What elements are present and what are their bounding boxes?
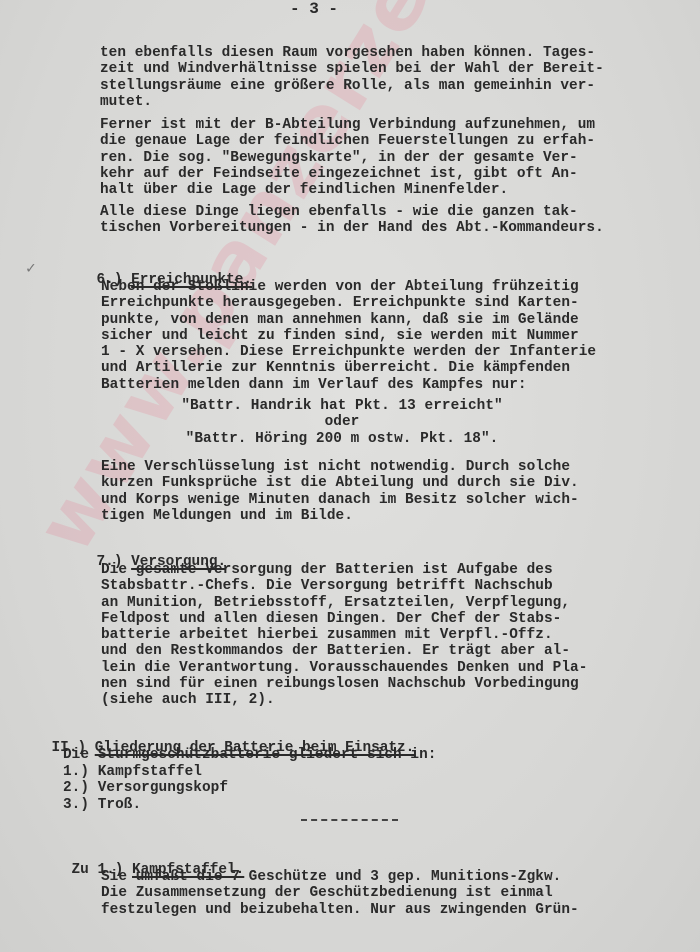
- intro-paragraph-2: Ferner ist mit der B-Abteilung Verbindun…: [100, 117, 595, 198]
- intro-paragraph-1: ten ebenfalls diesen Raum vorgesehen hab…: [100, 45, 604, 110]
- section-6-paragraph-2: Eine Verschlüsselung ist nicht notwendig…: [101, 459, 579, 524]
- checkmark-icon: ✓: [26, 258, 36, 278]
- document-page: www.panzerzeit.org - 3 - ten ebenfalls d…: [0, 0, 700, 952]
- section-II-intro: Die Sturmgeschützbatterie gliedert sich …: [63, 747, 437, 763]
- separator-line: [301, 819, 398, 821]
- section-7-paragraph: Die gesamte Versorgung der Batterien ist…: [101, 562, 587, 709]
- section-II-list: 1.) Kampfstaffel 2.) Versorgungskopf 3.)…: [63, 764, 228, 813]
- section-6-examples: "Battr. Handrik hat Pkt. 13 erreicht" od…: [162, 398, 522, 447]
- section-6-paragraph-1: Neben der Stoßlinie werden von der Abtei…: [101, 279, 596, 393]
- page-number: - 3 -: [290, 0, 338, 18]
- zu-1-paragraph: Sie umfaßt die 7 Geschütze und 3 gep. Mu…: [101, 869, 579, 918]
- intro-paragraph-3: Alle diese Dinge liegen ebenfalls - wie …: [100, 204, 604, 237]
